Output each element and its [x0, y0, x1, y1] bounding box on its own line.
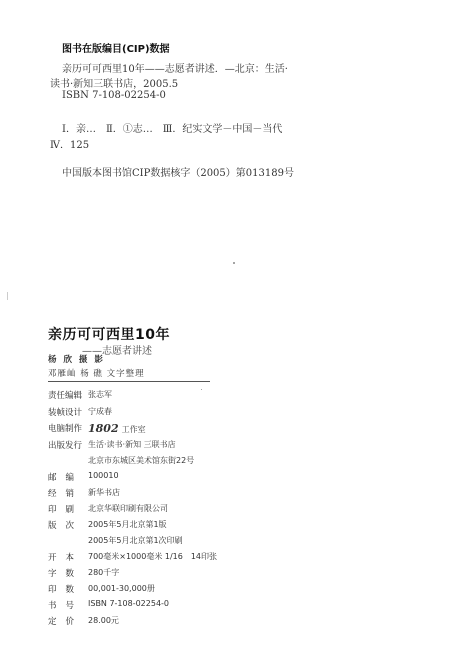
row-printing: 2005年5月北京第1次印刷	[48, 535, 183, 546]
scan-edge-mark	[7, 292, 8, 300]
row-design: 装帧设计宁成春	[48, 406, 112, 418]
row-word-count: 字数280千字	[48, 567, 119, 579]
cip-line-1: 亲历可可西里10年——志愿者讲述．—北京：生活·	[62, 60, 288, 75]
scan-speck	[233, 262, 235, 264]
row-editor: 责任编辑张志军	[48, 389, 112, 401]
cip-classification: Ⅰ．亲… Ⅱ．①志… Ⅲ．纪实文学－中国－当代	[62, 120, 282, 135]
cip-isbn: ISBN 7-108-02254-0	[62, 90, 166, 101]
row-isbn: 书号ISBN 7-108-02254-0	[48, 599, 169, 611]
row-print-run: 印数00,001-30,000册	[48, 583, 155, 595]
row-distributor: 经销新华书店	[48, 487, 120, 499]
row-publisher: 出版发行生活·读书·新知 三联书店	[48, 439, 176, 451]
photography-credit: 杨 欣 摄 影	[48, 353, 105, 365]
row-address: 北京市东城区美术馆东街22号	[48, 455, 194, 466]
row-format: 开本700毫米×1000毫米 1/16 14印张	[48, 551, 217, 563]
row-postcode: 邮编100010	[48, 471, 119, 483]
row-edition: 版次2005年5月北京第1版	[48, 519, 167, 531]
cip-line-2: 读书·新知三联书店，2005.5	[50, 75, 178, 90]
book-title: 亲历可可西里10年	[48, 324, 170, 344]
text-editing-credit: 邓雁屾 杨 礁 文字整理	[48, 367, 145, 379]
cip-record-number: 中国版本图书馆CIP数据核字（2005）第013189号	[62, 164, 294, 179]
cip-heading: 图书在版编目(CIP)数据	[62, 40, 170, 55]
studio-logo-mark: 1802	[88, 422, 119, 435]
cip-classification-2: Ⅳ．125	[50, 136, 89, 151]
scan-speck	[201, 389, 202, 390]
divider-rule	[48, 381, 210, 382]
row-printer: 印刷北京华联印刷有限公司	[48, 503, 168, 515]
row-price: 定价28.00元	[48, 615, 119, 627]
row-typesetting: 电脑制作1802工作室	[48, 422, 146, 435]
